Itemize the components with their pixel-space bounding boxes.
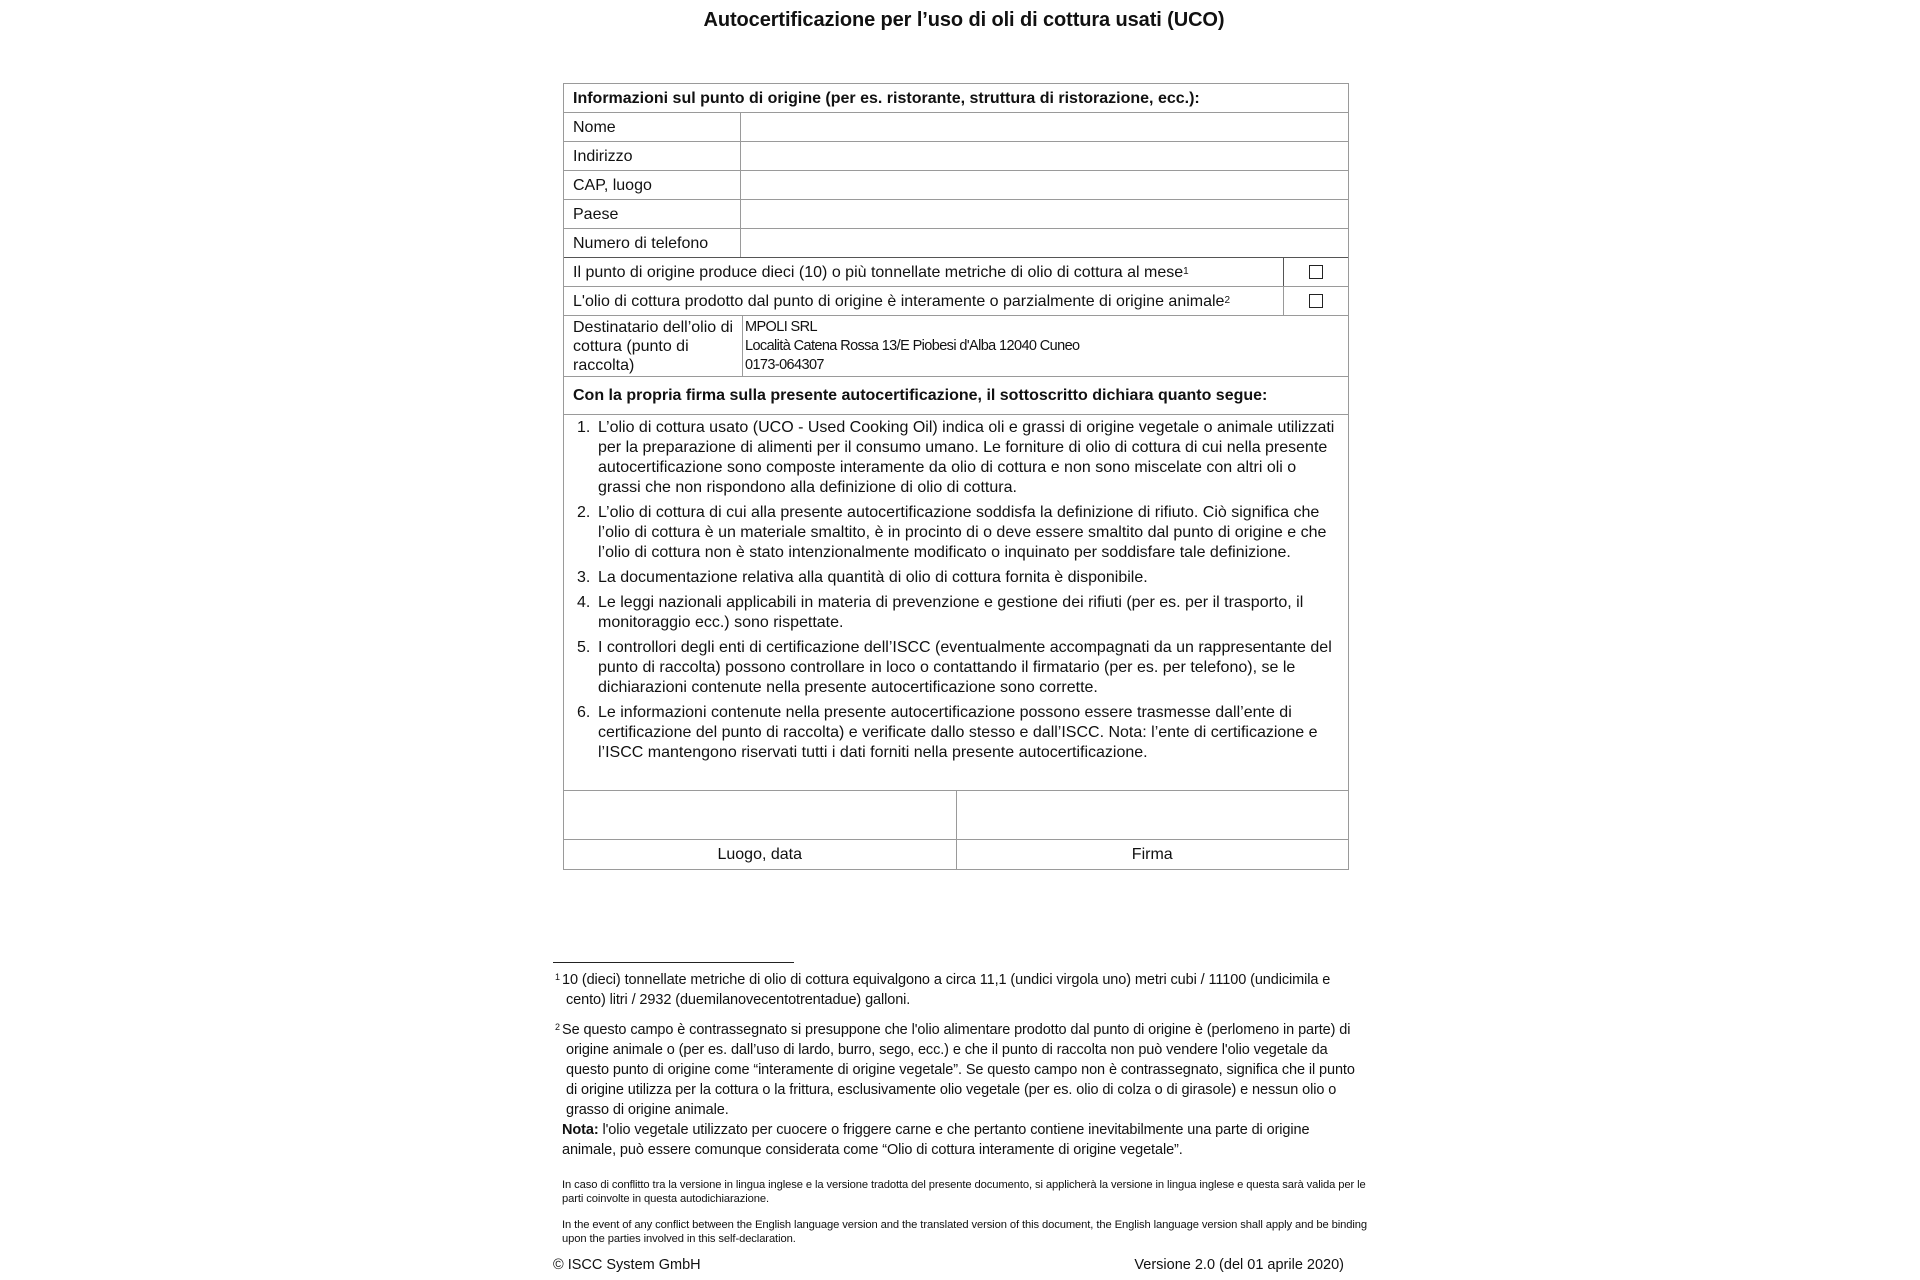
field-label-country: Paese xyxy=(564,200,741,228)
field-label-name: Nome xyxy=(564,113,741,141)
declaration-item-text: L’olio di cottura di cui alla presente a… xyxy=(598,504,1326,561)
footnote-2-mark: 2 xyxy=(555,1017,560,1037)
declaration-item-number: 3. xyxy=(577,568,590,588)
field-label-phone: Numero di telefono xyxy=(564,229,741,257)
declaration-item-number: 4. xyxy=(577,593,590,613)
declaration-item-text: I controllori degli enti di certificazio… xyxy=(598,639,1332,696)
check-label-ten-tonnes: Il punto di origine produce dieci (10) o… xyxy=(564,258,1284,286)
copyright: © ISCC System GmbH xyxy=(553,1257,701,1273)
field-label-postcode-city: CAP, luogo xyxy=(564,171,741,199)
check-text-animal-origin: L'olio di cottura prodotto dal punto di … xyxy=(573,292,1224,311)
declaration-item-number: 2. xyxy=(577,503,590,523)
declaration-item-number: 5. xyxy=(577,638,590,658)
recipient-label: Destinatario dell’olio di cottura (punto… xyxy=(564,316,743,376)
declaration-item-number: 6. xyxy=(577,703,590,723)
legal-notice-english: In the event of any conflict between the… xyxy=(562,1219,1382,1246)
declaration-item: 3.La documentazione relativa alla quanti… xyxy=(564,568,1338,588)
place-date-label: Luogo, data xyxy=(564,840,957,869)
self-declaration-form: Informazioni sul punto di origine (per e… xyxy=(563,83,1349,870)
recipient-address: Località Catena Rossa 13/E Piobesi d'Alb… xyxy=(745,337,1348,356)
recipient-row: Destinatario dell’olio di cottura (punto… xyxy=(564,316,1348,377)
declaration-item: 1.L’olio di cottura usato (UCO - Used Co… xyxy=(564,418,1338,498)
footnote-2: 2 Se questo campo è contrassegnato si pr… xyxy=(555,1020,1355,1160)
country-field[interactable] xyxy=(741,200,1348,228)
signature-labels-row: Luogo, data Firma xyxy=(564,840,1348,869)
origin-section-header: Informazioni sul punto di origine (per e… xyxy=(564,84,1348,113)
declaration-list: 1.L’olio di cottura usato (UCO - Used Co… xyxy=(564,415,1348,790)
declaration-item: 4.Le leggi nazionali applicabili in mate… xyxy=(564,593,1338,633)
declaration-heading: Con la propria firma sulla presente auto… xyxy=(564,386,1267,405)
field-label-address: Indirizzo xyxy=(564,142,741,170)
footnote-2-note-text: l'olio vegetale utilizzato per cuocere o… xyxy=(562,1122,1309,1158)
footnote-1: 1 10 (dieci) tonnellate metriche di olio… xyxy=(555,970,1355,1010)
footnote-1-text: 10 (dieci) tonnellate metriche di olio d… xyxy=(555,970,1355,1010)
declaration-item: 6.Le informazioni contenute nella presen… xyxy=(564,703,1338,763)
check-text-ten-tonnes: Il punto di origine produce dieci (10) o… xyxy=(573,263,1183,282)
field-row-country: Paese xyxy=(564,200,1348,229)
declaration-item: 5.I controllori degli enti di certificaz… xyxy=(564,638,1338,698)
document-version: Versione 2.0 (del 01 aprile 2020) xyxy=(1130,1257,1344,1273)
field-row-name: Nome xyxy=(564,113,1348,142)
declaration-item-text: L’olio di cottura usato (UCO - Used Cook… xyxy=(598,419,1334,496)
recipient-name: MPOLI SRL xyxy=(745,318,1348,337)
footnote-2-note: Nota: l'olio vegetale utilizzato per cuo… xyxy=(555,1120,1355,1160)
declaration-item-text: Le informazioni contenute nella presente… xyxy=(598,704,1317,761)
declaration-item-text: Le leggi nazionali applicabili in materi… xyxy=(598,594,1303,631)
declaration-item-number: 1. xyxy=(577,418,590,438)
footnote-2-text: Se questo campo è contrassegnato si pres… xyxy=(555,1020,1355,1120)
check-row-ten-tonnes: Il punto di origine produce dieci (10) o… xyxy=(564,257,1348,287)
origin-section-heading: Informazioni sul punto di origine (per e… xyxy=(564,89,1200,108)
recipient-phone: 0173-064307 xyxy=(745,356,1348,375)
recipient-value[interactable]: MPOLI SRL Località Catena Rossa 13/E Pio… xyxy=(743,316,1348,376)
phone-field[interactable] xyxy=(741,229,1348,257)
place-date-field[interactable] xyxy=(564,791,957,839)
declaration-item: 2.L’olio di cottura di cui alla presente… xyxy=(564,503,1338,563)
footnote-1-mark: 1 xyxy=(555,967,560,987)
field-row-postcode-city: CAP, luogo xyxy=(564,171,1348,200)
declaration-header: Con la propria firma sulla presente auto… xyxy=(564,377,1348,415)
signature-field[interactable] xyxy=(957,791,1349,839)
declaration-item-text: La documentazione relativa alla quantità… xyxy=(598,569,1148,586)
field-row-address: Indirizzo xyxy=(564,142,1348,171)
legal-notice-italian: In caso di conflitto tra la versione in … xyxy=(562,1179,1382,1206)
check-cell-ten-tonnes xyxy=(1284,258,1348,286)
field-row-phone: Numero di telefono xyxy=(564,229,1348,258)
name-field[interactable] xyxy=(741,113,1348,141)
document-title: Autocertificazione per l’uso di oli di c… xyxy=(0,7,1920,33)
footnote-separator xyxy=(553,962,794,963)
postcode-city-field[interactable] xyxy=(741,171,1348,199)
animal-origin-checkbox[interactable] xyxy=(1309,294,1323,308)
footnote-2-note-label: Nota: xyxy=(562,1122,599,1138)
declaration-list-row: 1.L’olio di cottura usato (UCO - Used Co… xyxy=(564,415,1348,791)
signature-row xyxy=(564,791,1348,840)
address-field[interactable] xyxy=(741,142,1348,170)
signature-label: Firma xyxy=(957,840,1349,869)
ten-tonnes-checkbox[interactable] xyxy=(1309,265,1323,279)
check-row-animal-origin: L'olio di cottura prodotto dal punto di … xyxy=(564,287,1348,316)
check-label-animal-origin: L'olio di cottura prodotto dal punto di … xyxy=(564,287,1284,315)
check-cell-animal-origin xyxy=(1284,287,1348,315)
